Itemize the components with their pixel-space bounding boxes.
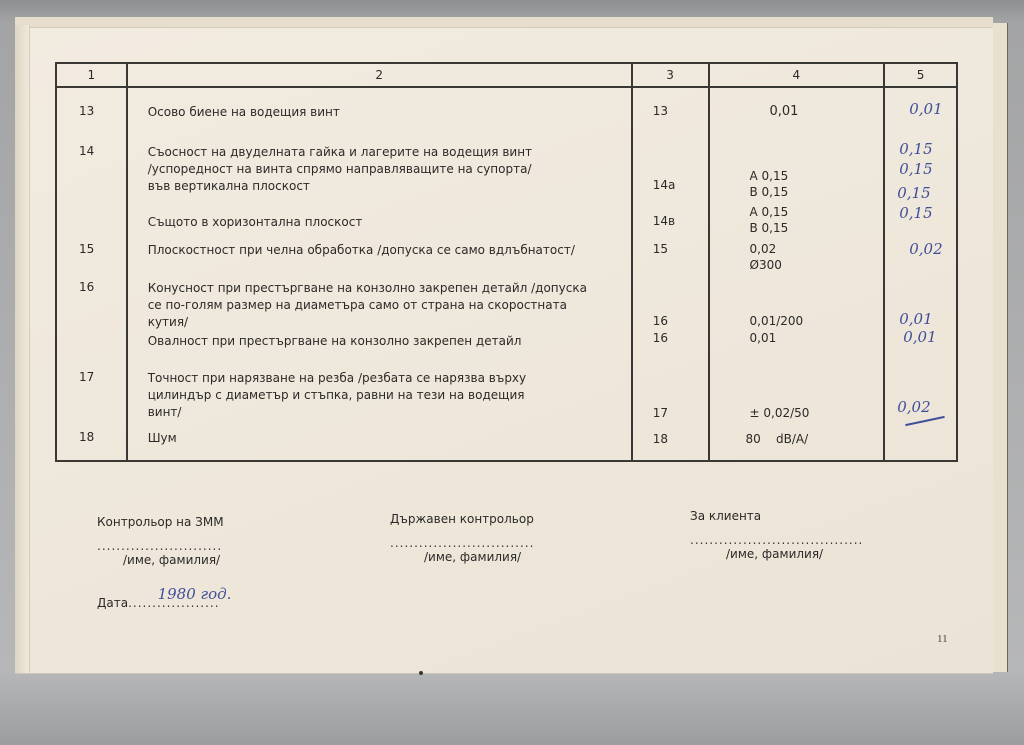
signature-state-controller: Държавен контрольор ....................… <box>390 512 534 564</box>
tolerance-value: Ø300 <box>750 258 782 272</box>
booklet: 1 2 3 4 5 13 14 15 16 17 18 <box>0 15 1008 680</box>
tolerance-value: ± 0,02/50 <box>750 406 810 420</box>
description-line: Точност при нарязване на резба /резбата … <box>148 370 526 387</box>
column-header-4: 4 <box>709 63 885 87</box>
reference-number: 17 <box>653 406 668 420</box>
description-line: кутия/ <box>148 314 587 331</box>
signature-client: За клиента .............................… <box>690 509 863 561</box>
row-description: Съосност на двуделната гайка и лагерите … <box>148 144 532 195</box>
reference-number: 16 <box>653 331 668 345</box>
item-number: 15 <box>79 242 94 256</box>
signature-caption: /име, фамилия/ <box>123 553 224 567</box>
handwritten-dash <box>905 416 945 426</box>
item-number: 17 <box>79 370 94 384</box>
handwritten-value: 0,02 <box>897 398 930 416</box>
reference-number: 16 <box>653 314 668 328</box>
paper-speck <box>419 671 423 675</box>
signature-zmm-controller: Контрольор на ЗММ ......................… <box>97 515 224 567</box>
handwritten-value: 0,01 <box>909 100 942 118</box>
page-stack-edge <box>1003 23 1008 672</box>
reference-number: 15 <box>653 242 668 256</box>
tolerance-value: 0,01 <box>750 331 777 345</box>
row-description: Плоскостност при челна обработка /допуск… <box>148 242 575 259</box>
column-header-5: 5 <box>884 63 957 87</box>
tolerance-value: A 0,15 <box>750 169 789 183</box>
tolerance-value: B 0,15 <box>750 221 789 235</box>
row-description: Осово биене на водещия винт <box>148 104 340 121</box>
signature-caption: /име, фамилия/ <box>424 550 534 564</box>
item-number: 14 <box>79 144 94 158</box>
column-item-number: 13 14 15 16 17 18 <box>56 87 127 461</box>
handwritten-value: 0,15 <box>899 140 932 158</box>
row-description: Конусност при престъргване на конзолно з… <box>148 280 587 331</box>
handwritten-value: 0,01 <box>899 310 932 328</box>
inspection-table: 1 2 3 4 5 13 14 15 16 17 18 <box>55 62 958 462</box>
row-description: Точност при нарязване на резба /резбата … <box>148 370 526 421</box>
tolerance-value: 0,02 <box>750 242 777 256</box>
signature-line: .............................. <box>390 536 534 550</box>
handwritten-value: 0,02 <box>909 240 942 258</box>
description-line: се по-голям размер на диаметъра само от … <box>148 297 587 314</box>
description-line: винт/ <box>148 404 526 421</box>
date-field: Дата ................... 1980 год. <box>97 593 231 611</box>
row-description: Овалност при престъргване на конзолно за… <box>148 333 522 350</box>
description-line: Шум <box>148 430 177 447</box>
description-line: Конусност при престъргване на конзолно з… <box>148 280 587 297</box>
column-reference: 13 14а 14в 15 16 16 17 18 <box>632 87 709 461</box>
row-description: Шум <box>148 430 177 447</box>
column-header-3: 3 <box>632 63 709 87</box>
tolerance-value: 0,01 <box>770 104 799 119</box>
signature-title: Контрольор на ЗММ <box>97 515 224 529</box>
signature-title: За клиента <box>690 509 863 523</box>
item-number: 18 <box>79 430 94 444</box>
column-measured: 0,01 0,15 0,15 0,15 0,15 0,02 0,01 0,01 … <box>884 87 957 461</box>
description-line: /успоредност на винта спрямо направляващ… <box>148 161 532 178</box>
description-line: Овалност при престъргване на конзолно за… <box>148 333 522 350</box>
row-description: Същото в хоризонтална плоскост <box>148 214 363 231</box>
signature-caption: /име, фамилия/ <box>726 547 863 561</box>
signature-line: .................................... <box>690 533 863 547</box>
column-header-2: 2 <box>127 63 632 87</box>
document-page: 1 2 3 4 5 13 14 15 16 17 18 <box>15 25 993 673</box>
description-line: Съосност на двуделната гайка и лагерите … <box>148 144 532 161</box>
handwritten-value: 0,01 <box>903 328 936 346</box>
tolerance-value: 80 dB/A/ <box>746 432 809 446</box>
item-number: 13 <box>79 104 94 118</box>
column-tolerance: 0,01 A 0,15 B 0,15 A 0,15 B 0,15 0,02 Ø3… <box>709 87 885 461</box>
item-number: 16 <box>79 280 94 294</box>
description-line: Плоскостност при челна обработка /допуск… <box>148 242 575 259</box>
table-header-row: 1 2 3 4 5 <box>56 63 957 87</box>
description-line: цилиндър с диаметър и стъпка, равни на т… <box>148 387 526 404</box>
signature-title: Държавен контрольор <box>390 512 534 526</box>
tolerance-value: 0,01/200 <box>750 314 804 328</box>
description-line: Осово биене на водещия винт <box>148 104 340 121</box>
handwritten-value: 0,15 <box>897 184 930 202</box>
reference-number: 14а <box>653 178 676 192</box>
handwritten-value: 0,15 <box>899 204 932 222</box>
column-header-1: 1 <box>56 63 127 87</box>
reference-number: 13 <box>653 104 668 118</box>
column-description: Осово биене на водещия винт Съосност на … <box>127 87 632 461</box>
reference-number: 14в <box>653 214 675 228</box>
tolerance-value: A 0,15 <box>750 205 789 219</box>
reference-number: 18 <box>653 432 668 446</box>
description-line: Същото в хоризонтална плоскост <box>148 214 363 231</box>
page-binding-fold <box>15 25 30 673</box>
date-handwritten: 1980 год. <box>158 585 232 603</box>
description-line: във вертикална плоскост <box>148 178 532 195</box>
date-label: Дата <box>97 596 128 610</box>
signature-line: .......................... <box>97 539 224 553</box>
page-number: 11 <box>937 633 948 645</box>
page-top-edge <box>15 17 993 28</box>
table-body-row: 13 14 15 16 17 18 Осово биене на водещия… <box>56 87 957 461</box>
tolerance-value: B 0,15 <box>750 185 789 199</box>
handwritten-value: 0,15 <box>899 160 932 178</box>
